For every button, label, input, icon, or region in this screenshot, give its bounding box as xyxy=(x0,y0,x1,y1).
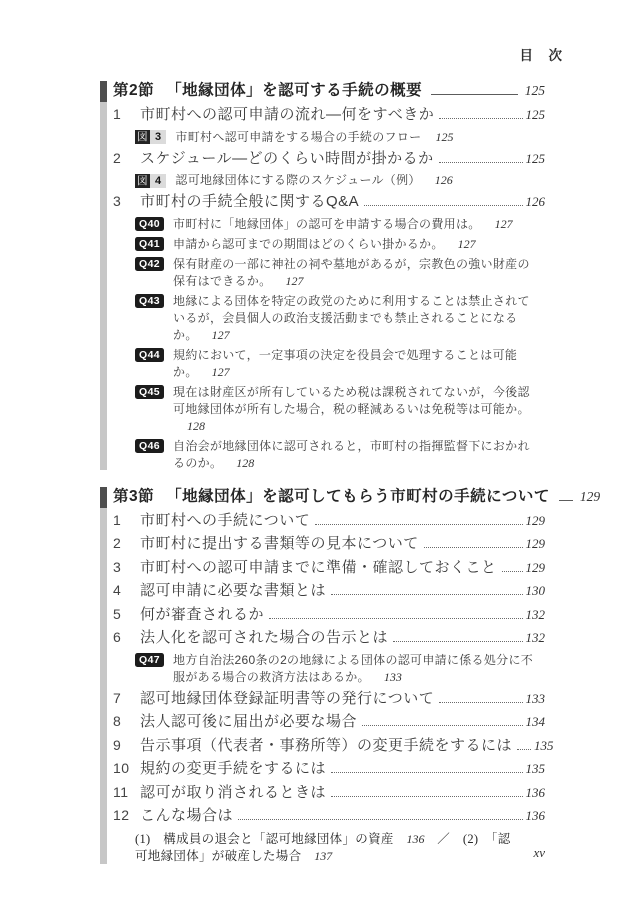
dot-leader xyxy=(362,725,522,726)
entry-title: 何が審査されるか xyxy=(140,605,264,626)
entry-title: スケジュール―どのくらい時間が掛かるか xyxy=(140,149,434,170)
entry-number: 11 xyxy=(113,782,140,803)
toc-figure-entry: 図4 認可地縁団体にする際のスケジュール（例）126 xyxy=(135,172,545,189)
question-text: 自治会が地縁団体に認可されると，市町村の指揮監督下におかれるのか。 xyxy=(173,439,530,470)
section-header: 第3節 「地縁団体」を認可してもらう市町村の手続について 129 xyxy=(113,485,545,508)
page-number: 130 xyxy=(526,581,546,602)
question-badge: Q43 xyxy=(135,294,164,308)
page-number: 125 xyxy=(526,149,546,170)
entry-title: 市町村への手続について xyxy=(140,511,310,532)
question-badge: Q47 xyxy=(135,653,164,667)
toc-question-entry: Q45 現在は財産区が所有しているため税は課税されてないが，今後認可地縁団体が所… xyxy=(135,384,545,435)
dot-leader xyxy=(269,618,522,619)
toc-entry: 12 こんな場合は 136 xyxy=(113,805,545,827)
book-page: 目 次 第2節 「地縁団体」を認可する手続の概要 125 1 市町村への認可申請… xyxy=(0,0,629,900)
toc-question-entry: Q47 地方自治法260条の2の地縁による団体の認可申請に係る処分に不服がある場… xyxy=(135,652,545,686)
toc-entry: 6 法人化を認可された場合の告示とは 132 xyxy=(113,627,545,649)
toc-entry: 5 何が審査されるか 132 xyxy=(113,604,545,626)
toc-note-entry: (1) 構成員の退会と「認可地縁団体」の資産 136 ／ (2) 「認可地縁団体… xyxy=(135,831,523,866)
figure-badge: 図3 xyxy=(135,130,166,144)
question-badge: Q40 xyxy=(135,217,164,231)
dot-leader xyxy=(331,772,522,773)
figure-caption: 市町村へ認可申請をする場合の手続のフロー xyxy=(175,130,421,144)
page-number: 137 xyxy=(314,849,332,863)
entry-number: 12 xyxy=(113,805,140,826)
entry-number: 4 xyxy=(113,580,140,601)
page-number: 125 xyxy=(525,79,545,102)
dot-leader xyxy=(331,796,522,797)
dot-leader xyxy=(439,702,522,703)
entry-number: 5 xyxy=(113,604,140,625)
toc-entry: 9 告示事項（代表者・事務所等）の変更手続をするには 135 xyxy=(113,735,545,757)
page-number: 127 xyxy=(212,365,230,379)
page-title: 目 次 xyxy=(520,44,564,64)
page-number: 127 xyxy=(495,217,513,231)
toc-question-entry: Q44 規約において，一定事項の決定を役員会で処理することは可能か。127 xyxy=(135,347,545,381)
page-number: 132 xyxy=(526,628,546,649)
page-number: 127 xyxy=(458,237,476,251)
note-parts: (1) 構成員の退会と「認可地縁団体」の資産 136 ／ (2) 「認可地縁団体… xyxy=(135,832,511,864)
question-badge: Q42 xyxy=(135,257,164,271)
figure-badge: 図4 xyxy=(135,174,166,188)
page-number: 133 xyxy=(526,689,546,710)
entry-number: 3 xyxy=(113,191,140,212)
page-number: 129 xyxy=(526,511,546,532)
figure-badge-number: 4 xyxy=(150,174,166,188)
dot-leader xyxy=(315,524,522,525)
page-number: 132 xyxy=(526,605,546,626)
page-number: 127 xyxy=(285,274,303,288)
toc-question-entry: Q40 市町村に「地縁団体」の認可を申請する場合の費用は。127 xyxy=(135,216,545,233)
entry-number: 8 xyxy=(113,711,140,732)
toc-entry: 10 規約の変更手続をするには 135 xyxy=(113,758,545,780)
entry-number: 2 xyxy=(113,533,140,554)
question-badge: Q44 xyxy=(135,348,164,362)
entry-title: 市町村に提出する書類等の見本について xyxy=(140,534,419,555)
page-number: 126 xyxy=(435,173,453,187)
entry-title: 法人化を認可された場合の告示とは xyxy=(140,628,388,649)
entry-number: 6 xyxy=(113,627,140,648)
section-label: 第3節 xyxy=(113,485,154,508)
entry-number: 10 xyxy=(113,758,140,779)
figure-badge-label: 図 xyxy=(135,130,150,144)
page-number: 136 xyxy=(406,832,424,846)
toc-entry: 1 市町村への認可申請の流れ―何をすべきか 125 xyxy=(113,104,545,126)
toc: 第2節 「地縁団体」を認可する手続の概要 125 1 市町村への認可申請の流れ―… xyxy=(100,79,545,866)
toc-entry: 3 市町村への認可申請までに準備・確認しておくこと 129 xyxy=(113,557,545,579)
entry-title: 市町村の手続全般に関するQ&A xyxy=(140,192,359,213)
page-number: 126 xyxy=(526,192,546,213)
entry-title: 規約の変更手続をするには xyxy=(140,759,326,780)
question-badge: Q41 xyxy=(135,237,164,251)
figure-badge-label: 図 xyxy=(135,174,150,188)
leader-line xyxy=(559,500,573,501)
figure-caption: 認可地縁団体にする際のスケジュール（例） xyxy=(175,173,420,187)
question-badge: Q45 xyxy=(135,385,164,399)
toc-question-entry: Q43 地縁による団体を特定の政党のために利用することは禁止されているが，会員個… xyxy=(135,293,545,344)
toc-entry: 11 認可が取り消されるときは 136 xyxy=(113,782,545,804)
section-sidebar-light xyxy=(100,81,107,470)
question-text: 現在は財産区が所有しているため税は課税されてないが，今後認可地縁団体が所有した場… xyxy=(173,385,530,416)
leader-line xyxy=(431,94,518,95)
entry-title: 市町村への認可申請の流れ―何をすべきか xyxy=(140,105,434,126)
entry-number: 7 xyxy=(113,688,140,709)
page-number: 129 xyxy=(526,558,546,579)
section-label: 第2節 xyxy=(113,79,154,102)
page-number: 134 xyxy=(526,712,546,733)
dot-leader xyxy=(393,641,522,642)
entry-title: 告示事項（代表者・事務所等）の変更手続をするには xyxy=(140,736,512,757)
entry-title: 認可申請に必要な書類とは xyxy=(140,581,326,602)
folio-page-number: xv xyxy=(533,845,545,861)
figure-badge-number: 3 xyxy=(150,130,166,144)
section-title: 「地縁団体」を認可する手続の概要 xyxy=(166,79,422,102)
page-number: 125 xyxy=(435,130,453,144)
dot-leader xyxy=(502,571,523,572)
entry-title: 法人認可後に届出が必要な場合 xyxy=(140,712,357,733)
dot-leader xyxy=(517,749,531,750)
dot-leader xyxy=(439,118,522,119)
entry-title: 認可が取り消されるときは xyxy=(140,783,326,804)
page-number: 125 xyxy=(526,105,546,126)
page-number: 128 xyxy=(236,456,254,470)
section-header: 第2節 「地縁団体」を認可する手続の概要 125 xyxy=(113,79,545,102)
toc-entry: 4 認可申請に必要な書類とは 130 xyxy=(113,580,545,602)
page-number: 135 xyxy=(534,736,554,757)
section-sidebar-dark xyxy=(100,81,107,102)
page-number: 129 xyxy=(526,534,546,555)
page-number: 133 xyxy=(384,670,402,684)
entry-number: 9 xyxy=(113,735,140,756)
entry-number: 1 xyxy=(113,510,140,531)
dot-leader xyxy=(439,162,523,163)
entry-title: 認可地縁団体登録証明書等の発行について xyxy=(140,689,434,710)
toc-section: 第3節 「地縁団体」を認可してもらう市町村の手続について 129 1 市町村への… xyxy=(100,485,545,866)
toc-figure-entry: 図3 市町村へ認可申請をする場合の手続のフロー125 xyxy=(135,129,545,146)
section-entries: 1 市町村への手続について 129 2 市町村に提出する書類等の見本について 1… xyxy=(113,510,545,866)
question-text: 地方自治法260条の2の地縁による団体の認可申請に係る処分に不服がある場合の救済… xyxy=(173,653,533,684)
entry-number: 1 xyxy=(113,104,140,125)
section-sidebar-light xyxy=(100,487,107,864)
toc-entry: 8 法人認可後に届出が必要な場合 134 xyxy=(113,711,545,733)
entry-title: 市町村への認可申請までに準備・確認しておくこと xyxy=(140,558,497,579)
toc-section: 第2節 「地縁団体」を認可する手続の概要 125 1 市町村への認可申請の流れ―… xyxy=(100,79,545,472)
page-number: 129 xyxy=(580,485,600,508)
section-title: 「地縁団体」を認可してもらう市町村の手続について xyxy=(166,485,550,508)
toc-question-entry: Q41 申請から認可までの期間はどのくらい掛かるか。127 xyxy=(135,236,545,253)
toc-entry: 3 市町村の手続全般に関するQ&A 126 xyxy=(113,191,545,213)
question-text: 保有財産の一部に神社の祠や墓地があるが，宗教色の強い財産の保有はできるか。 xyxy=(173,257,530,288)
toc-entry: 7 認可地縁団体登録証明書等の発行について 133 xyxy=(113,688,545,710)
toc-entry: 1 市町村への手続について 129 xyxy=(113,510,545,532)
toc-question-entry: Q46 自治会が地縁団体に認可されると，市町村の指揮監督下におかれるのか。128 xyxy=(135,438,545,472)
page-number: 136 xyxy=(526,783,546,804)
dot-leader xyxy=(424,547,523,548)
toc-entry: 2 スケジュール―どのくらい時間が掛かるか 125 xyxy=(113,148,545,170)
toc-question-entry: Q42 保有財産の一部に神社の祠や墓地があるが，宗教色の強い財産の保有はできるか… xyxy=(135,256,545,290)
entry-number: 3 xyxy=(113,557,140,578)
entry-number: 2 xyxy=(113,148,140,169)
page-number: 135 xyxy=(526,759,546,780)
section-sidebar-dark xyxy=(100,487,107,508)
page-number: 136 xyxy=(526,806,546,827)
question-text: 申請から認可までの期間はどのくらい掛かるか。 xyxy=(173,237,444,251)
question-badge: Q46 xyxy=(135,439,164,453)
question-text: 市町村に「地縁団体」の認可を申請する場合の費用は。 xyxy=(173,217,481,231)
note-text: (1) 構成員の退会と「認可地縁団体」の資産 xyxy=(135,832,406,846)
dot-leader xyxy=(331,594,522,595)
entry-title: こんな場合は xyxy=(140,806,233,827)
dot-leader xyxy=(364,205,522,206)
toc-entry: 2 市町村に提出する書類等の見本について 129 xyxy=(113,533,545,555)
section-entries: 1 市町村への認可申請の流れ―何をすべきか 125 図3 市町村へ認可申請をする… xyxy=(113,104,545,472)
page-number: 128 xyxy=(187,419,205,433)
dot-leader xyxy=(238,819,522,820)
page-number: 127 xyxy=(212,328,230,342)
